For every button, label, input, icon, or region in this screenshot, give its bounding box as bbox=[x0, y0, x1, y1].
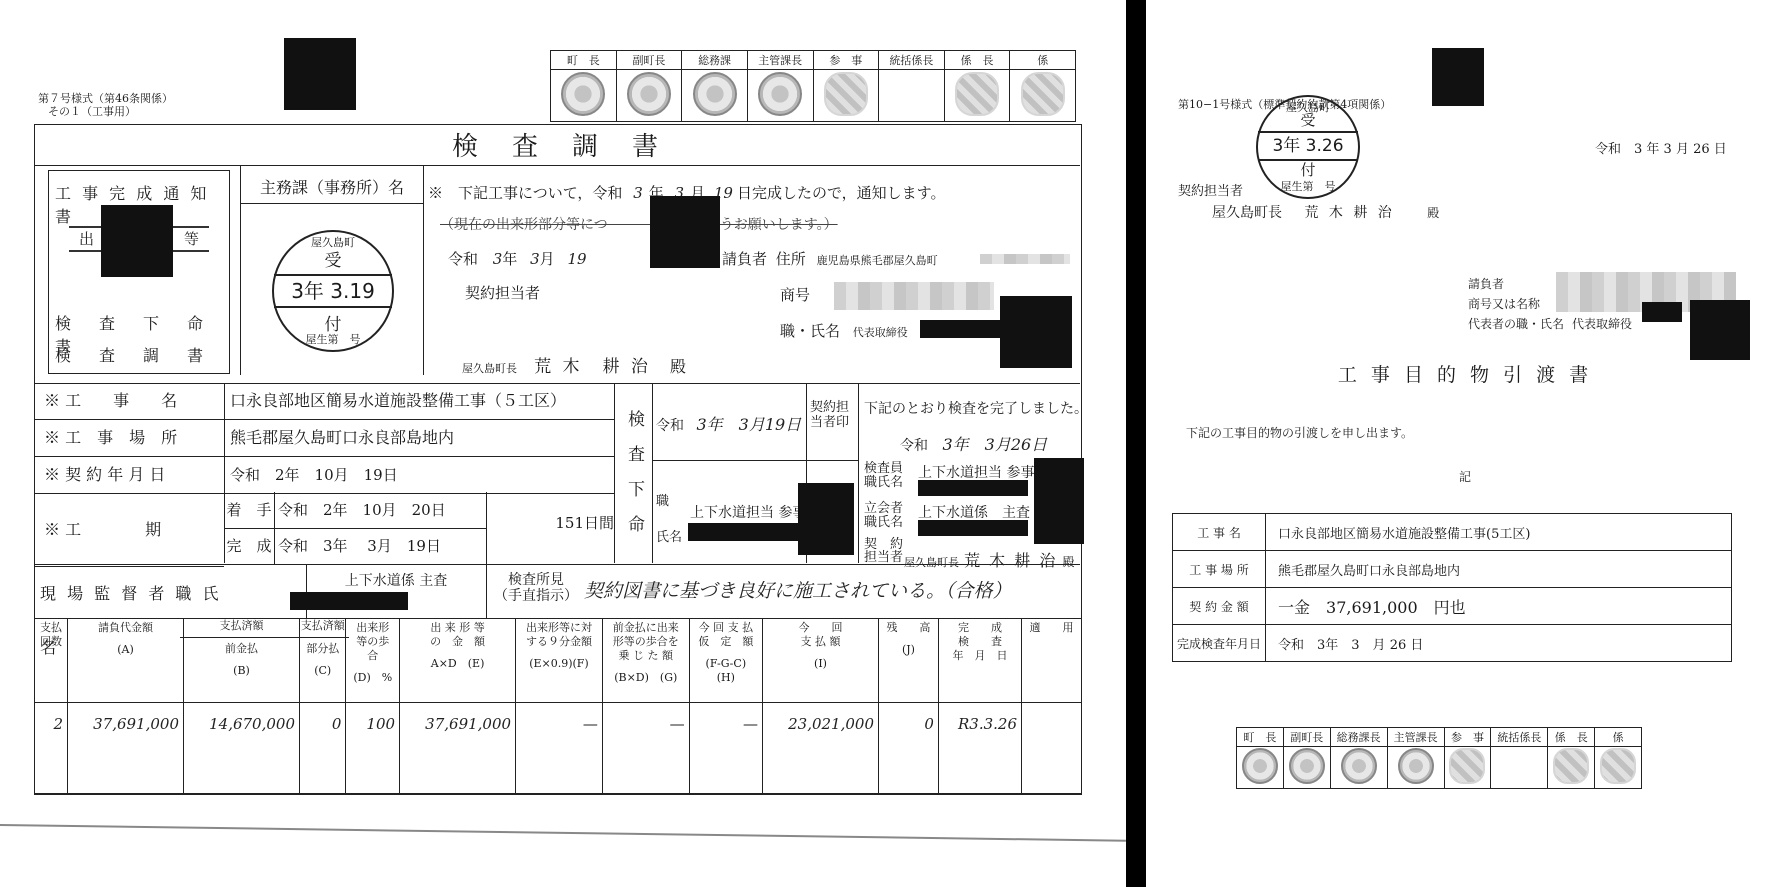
address-value: 鹿児島県熊毛郡屋久島町 bbox=[817, 254, 938, 267]
redaction bbox=[650, 196, 720, 268]
payment-cell: — bbox=[689, 703, 762, 795]
payment-column-header: 出来形 等の歩 合(D) % bbox=[346, 619, 400, 703]
redaction bbox=[284, 38, 356, 110]
approval-header: 統括係長 bbox=[879, 51, 945, 70]
address-label: 住所 bbox=[776, 250, 806, 268]
payment-column-header: 今 回 支 払 仮 定 額(F-G-C) (H) bbox=[689, 619, 762, 703]
redaction bbox=[1690, 300, 1750, 360]
column-code: (B×D) (G) bbox=[605, 671, 687, 685]
findings-label: 検査所見 （手直指示） bbox=[494, 572, 578, 604]
table-row: 契 約 金 額一金 37,691,000 円也 bbox=[1173, 588, 1732, 625]
inspection-order-date: 令和 3年 3月19日 bbox=[656, 412, 801, 435]
work-duration: 151日間 bbox=[490, 512, 614, 533]
approval-header: 参 事 bbox=[1444, 728, 1491, 747]
approval-header: 係 bbox=[1595, 728, 1642, 747]
payment-column-header: 請負代金額(A) bbox=[68, 619, 184, 703]
column-code: (I) bbox=[765, 657, 876, 671]
approval-seal-cell bbox=[1444, 747, 1491, 789]
payment-column-header: 今 回 支 払 額(I) bbox=[763, 619, 879, 703]
order-date-value: 3年 3月19日 bbox=[696, 415, 801, 434]
column-label: 部分払 bbox=[302, 642, 343, 656]
payment-cell: 0 bbox=[879, 703, 939, 795]
divider bbox=[858, 383, 859, 563]
column-code: (B) bbox=[186, 664, 297, 678]
rep-title: 代表取締役 bbox=[1572, 317, 1632, 331]
supervisor-title: 上下水道係 主査 bbox=[306, 570, 486, 590]
document-title: 工 事 目 的 物 引 渡 書 bbox=[1160, 360, 1770, 387]
supervisor-label: 現 場 監 督 者 職 氏 名 bbox=[34, 567, 224, 621]
approval-seal-cell bbox=[813, 70, 879, 122]
notice-date-month: 3 bbox=[530, 250, 540, 268]
approval-seal-icon bbox=[1398, 748, 1434, 784]
redaction bbox=[920, 320, 1000, 338]
approval-header: 総務課長 bbox=[1330, 728, 1387, 747]
addressee-mayor: 屋久島町長 荒 木 耕 治 殿 bbox=[462, 352, 686, 377]
subtype-right: 等 bbox=[184, 228, 199, 249]
inspection-complete-date: 令和 3年 3月26日 bbox=[900, 432, 1047, 455]
column-label: 適 用 bbox=[1024, 621, 1079, 635]
mayor-title: 屋久島町長 bbox=[462, 362, 517, 375]
inspection-order-label: 検査下命 bbox=[622, 410, 647, 550]
column-label: 出 来 形 等 の 金 額 bbox=[402, 621, 513, 649]
honorific: 殿 bbox=[1427, 206, 1439, 220]
divider bbox=[274, 528, 486, 529]
divider bbox=[652, 383, 653, 563]
row-label: 工 事 場 所 bbox=[1173, 551, 1266, 588]
title-value: 代表取締役 bbox=[853, 326, 908, 339]
stamp-bottom: 屋生第 号 bbox=[274, 331, 392, 347]
payment-column-header: 完 成 検 査 年 月 日 bbox=[938, 619, 1021, 703]
column-label: 出来形 等の歩 合 bbox=[348, 621, 397, 663]
contract-date-value: 令和 2年 10月 19日 bbox=[224, 457, 614, 494]
mayor-name: 荒 木 耕 治 bbox=[534, 357, 651, 377]
approval-seal-cell bbox=[1548, 747, 1595, 789]
approval-header: 係 長 bbox=[944, 51, 1010, 70]
document-type-box: 工 事 完 成 通 知 書 出 等 検 査 下 命 書 検 査 調 書 bbox=[48, 170, 230, 374]
payment-cell: 37,691,000 bbox=[68, 703, 184, 795]
approval-seal-cell bbox=[616, 70, 682, 122]
stamp-date: 3年 3.26 bbox=[1258, 131, 1358, 161]
payment-column-header: 支払済額部分払(C) bbox=[300, 619, 346, 703]
redaction bbox=[918, 480, 1028, 496]
approval-seal-cell bbox=[682, 70, 748, 122]
findings-label-line2: （手直指示） bbox=[494, 588, 578, 604]
rep-label: 代表者の職・氏名 bbox=[1468, 317, 1564, 331]
department-label: 主務課（事務所）名 bbox=[241, 165, 423, 204]
approval-seal-icon bbox=[561, 72, 605, 116]
approval-seal-icon bbox=[758, 72, 802, 116]
notice-date-year: 3 bbox=[493, 250, 503, 268]
doc-type-inspection-record: 検 査 調 書 bbox=[55, 343, 209, 366]
work-period-label: ※ 工 期 bbox=[34, 494, 224, 567]
approval-header: 町 長 bbox=[551, 51, 617, 70]
payment-column-header: 前金払に出来 形等の歩合を 乗 じ た 額(B×D) (G) bbox=[602, 619, 689, 703]
approval-seal-cell bbox=[747, 70, 813, 122]
witness-label: 立会者 職氏名 bbox=[864, 502, 903, 530]
column-code: (F-G-C) (H) bbox=[692, 657, 760, 685]
column-label: 請負代金額 bbox=[70, 621, 181, 635]
order-date-era: 令和 bbox=[656, 418, 684, 434]
subtype-left: 出 bbox=[79, 228, 94, 249]
approval-seal-icon bbox=[1600, 748, 1636, 784]
column-code: (E×0.9)(F) bbox=[518, 657, 600, 671]
approval-seal-icon bbox=[1021, 72, 1065, 116]
finish-date: 令和 3年 3月 19日 bbox=[278, 528, 441, 564]
form-number: 第７号様式（第46条関係） その１（工事用） bbox=[38, 92, 173, 118]
approval-seal-icon bbox=[1289, 748, 1325, 784]
payment-column-header: 出来形等に対 する９分金額(E×0.9)(F) bbox=[516, 619, 603, 703]
post-label: 職 bbox=[656, 490, 669, 509]
approval-header: 係 bbox=[1010, 51, 1076, 70]
work-period-block: 着 手 令和 2年 10月 20日 完 成 令和 3年 3月 19日 bbox=[224, 492, 486, 564]
approval-header: 係 長 bbox=[1548, 728, 1595, 747]
struck-partial-notice: （現在の出来形部分等につ ださるようお願いします。） bbox=[440, 214, 838, 234]
stamp-date: 3年 3.19 bbox=[274, 274, 392, 308]
approval-header: 総務課 bbox=[682, 51, 748, 70]
honorific: 殿 bbox=[670, 357, 686, 376]
receipt-date-stamp: 屋久島町 受 3年 3.19 付 屋生第 号 bbox=[272, 230, 394, 352]
blurred-address bbox=[980, 254, 1070, 264]
redaction bbox=[1642, 302, 1682, 322]
payment-cell: R3.3.26 bbox=[938, 703, 1021, 795]
notice-date: 令和 3年 3月 19 bbox=[448, 248, 587, 269]
approval-seal-icon bbox=[627, 72, 671, 116]
payment-cell: — bbox=[516, 703, 603, 795]
officer-title: 屋久島町長 bbox=[904, 556, 959, 569]
inspector-label: 検査員 職氏名 bbox=[864, 462, 903, 490]
handover-date: 令和 3 年 3 月 26 日 bbox=[1595, 138, 1727, 157]
approval-seal-cell bbox=[1595, 747, 1642, 789]
payment-cell: — bbox=[602, 703, 689, 795]
approval-header: 副町長 bbox=[1283, 728, 1330, 747]
column-group-label: 支払済額 bbox=[296, 619, 349, 638]
row-value: 口永良部地区簡易水道施設整備工事(5工区) bbox=[1266, 514, 1732, 551]
addressee-name: 荒 木 耕 治 bbox=[1304, 205, 1394, 221]
column-label: 今 回 支 払 仮 定 額 bbox=[692, 621, 760, 649]
inspection-complete-message: 下記のとおり検査を完了しました。 bbox=[864, 398, 1088, 418]
notice-year: 3 bbox=[633, 184, 643, 202]
approval-seal-icon bbox=[1341, 748, 1377, 784]
notice-prefix: ※ 下記工事について，令和 bbox=[428, 184, 622, 202]
trade-name-label: 商号 bbox=[780, 284, 810, 305]
addressee-title: 屋久島町長 bbox=[1212, 205, 1282, 221]
column-code: (J) bbox=[881, 643, 936, 657]
approval-seal-cell bbox=[1491, 747, 1548, 789]
stamp-mark: 受 bbox=[1258, 109, 1358, 130]
officer-name: 荒 木 耕 治 bbox=[964, 551, 1057, 570]
result-date-era: 令和 bbox=[900, 438, 928, 454]
payment-column-header: 適 用 bbox=[1022, 619, 1082, 703]
blurred-trade-name bbox=[834, 282, 994, 310]
approval-seal-cell bbox=[1330, 747, 1387, 789]
handover-details-table: 工 事 名口永良部地区簡易水道施設整備工事(5工区)工 事 場 所熊毛郡屋久島町… bbox=[1172, 513, 1732, 662]
payment-column-header: 残 高(J) bbox=[879, 619, 939, 703]
payment-cell: 100 bbox=[346, 703, 400, 795]
row-label: 完成検査年月日 bbox=[1173, 625, 1266, 662]
payment-column-header: 出 来 形 等 の 金 額A×D (E) bbox=[400, 619, 516, 703]
contractor-address: 請負者 住所 鹿児島県熊毛郡屋久島町 bbox=[722, 248, 938, 269]
payment-table: 支払 回数請負代金額(A)支払済額前金払(B)支払済額部分払(C)出来形 等の歩… bbox=[34, 618, 1082, 795]
contractor-label: 請負者 bbox=[722, 250, 767, 268]
payment-cell bbox=[1022, 703, 1082, 795]
approval-header: 主管課長 bbox=[1387, 728, 1444, 747]
table-row: 工 事 場 所熊毛郡屋久島町口永良部島地内 bbox=[1173, 551, 1732, 588]
addressee-label: 契約担当者 bbox=[1178, 180, 1243, 199]
divider bbox=[486, 492, 487, 564]
column-code: (D) % bbox=[348, 671, 397, 685]
row-value: 令和 3年 3 月 26 日 bbox=[1266, 625, 1732, 662]
approval-stamp-table: 町 長副町長総務課長主管課長参 事統括係長係 長係 bbox=[1236, 727, 1642, 789]
approval-header: 統括係長 bbox=[1491, 728, 1548, 747]
column-label: 支払 回数 bbox=[37, 621, 65, 649]
divider bbox=[614, 383, 615, 563]
table-row: 工 事 名口永良部地区簡易水道施設整備工事(5工区) bbox=[1173, 514, 1732, 551]
ki-label: 記 bbox=[1160, 468, 1770, 485]
notice-date-era: 令和 bbox=[448, 250, 478, 268]
notice-suffix: 日完成したので，通知します。 bbox=[737, 184, 946, 202]
divider bbox=[486, 564, 487, 618]
row-value: 一金 37,691,000 円也 bbox=[1266, 588, 1732, 625]
finish-label: 完 成 bbox=[224, 528, 275, 564]
approval-header: 副町長 bbox=[616, 51, 682, 70]
findings-label-line1: 検査所見 bbox=[494, 572, 578, 588]
page-separator bbox=[1126, 0, 1146, 887]
stamp-mark: 受 bbox=[274, 246, 392, 271]
start-date: 令和 2年 10月 20日 bbox=[278, 492, 446, 528]
name-label: 氏名 bbox=[656, 526, 682, 545]
row-label: 工 事 名 bbox=[1173, 514, 1266, 551]
approval-seal-icon bbox=[1449, 748, 1485, 784]
approval-header: 町 長 bbox=[1237, 728, 1284, 747]
work-info-labels: ※ 工 事 名 ※ 工 事 場 所 ※ 契 約 年 月 日 ※ 工 期 現 場 … bbox=[34, 383, 224, 621]
column-label: 完 成 検 査 年 月 日 bbox=[941, 621, 1019, 663]
title-name-label: 職・氏名 bbox=[780, 322, 840, 340]
approval-header: 主管課長 bbox=[747, 51, 813, 70]
approval-seal-icon bbox=[1242, 748, 1278, 784]
redaction bbox=[918, 520, 1028, 536]
approval-seal-icon bbox=[824, 72, 868, 116]
witness-title: 上下水道係 主査 bbox=[918, 502, 1030, 522]
approval-stamp-table: 町 長副町長総務課主管課長参 事統括係長係 長係 bbox=[550, 50, 1076, 122]
approval-seal-cell bbox=[879, 70, 945, 122]
work-info-values: 口永良部地区簡易水道施設整備工事（５工区） 熊毛郡屋久島町口永良部島地内 令和 … bbox=[224, 383, 614, 494]
document-title: 検 査 調 書 bbox=[34, 126, 1080, 163]
stamp-bottom-mark: 付 bbox=[1258, 159, 1358, 180]
redaction bbox=[798, 483, 854, 555]
payment-column-header: 支払済額前金払(B) bbox=[184, 619, 300, 703]
title-name-row: 職・氏名 代表取締役 bbox=[780, 320, 908, 341]
work-place-value: 熊毛郡屋久島町口永良部島地内 bbox=[224, 420, 614, 457]
payment-cell: 2 bbox=[35, 703, 68, 795]
payment-cell: 14,670,000 bbox=[184, 703, 300, 795]
approval-seal-cell bbox=[1387, 747, 1444, 789]
approval-seal-cell bbox=[551, 70, 617, 122]
inspection-findings: 契約図書に基づき良好に施工されている。（合格） bbox=[584, 576, 1012, 603]
approval-seal-cell bbox=[1010, 70, 1076, 122]
form-number-line2: その１（工事用） bbox=[38, 105, 173, 118]
start-label: 着 手 bbox=[224, 492, 275, 529]
approval-seal-icon bbox=[1553, 748, 1589, 784]
column-label: 前金払 bbox=[186, 642, 297, 656]
column-code: A×D (E) bbox=[402, 657, 513, 671]
contract-officer-label: 契約担当者 bbox=[465, 282, 540, 303]
redaction bbox=[688, 523, 808, 541]
redaction bbox=[290, 592, 408, 610]
divider bbox=[34, 564, 1080, 565]
redaction bbox=[101, 205, 173, 277]
honorific: 殿 bbox=[1062, 555, 1074, 569]
divider bbox=[652, 460, 858, 461]
column-label: 今 回 支 払 額 bbox=[765, 621, 876, 649]
work-name-value: 口永良部地区簡易水道施設整備工事（５工区） bbox=[224, 383, 614, 420]
form-number-line1: 第７号様式（第46条関係） bbox=[38, 92, 173, 105]
row-value: 熊毛郡屋久島町口永良部島地内 bbox=[1266, 551, 1732, 588]
officer-name-row: 屋久島町長 荒 木 耕 治 殿 bbox=[904, 548, 1074, 571]
column-label: 出来形等に対 する９分金額 bbox=[518, 621, 600, 649]
approval-header: 参 事 bbox=[813, 51, 879, 70]
row-label: 契 約 金 額 bbox=[1173, 588, 1266, 625]
approval-seal-cell bbox=[944, 70, 1010, 122]
payment-cell: 23,021,000 bbox=[763, 703, 879, 795]
payment-cell: 0 bbox=[300, 703, 346, 795]
result-date-value: 3年 3月26日 bbox=[942, 435, 1047, 454]
stamp-bottom: 屋生第 号 bbox=[1258, 178, 1358, 194]
inspector-title: 上下水道担当 参事 bbox=[918, 462, 1034, 482]
table-row: 完成検査年月日令和 3年 3 月 26 日 bbox=[1173, 625, 1732, 662]
payment-column-header: 支払 回数 bbox=[35, 619, 68, 703]
work-name-label: ※ 工 事 名 bbox=[34, 383, 224, 420]
approval-seal-cell bbox=[1237, 747, 1284, 789]
column-label: 残 高 bbox=[881, 621, 936, 635]
divider bbox=[34, 165, 1080, 166]
intro-text: 下記の工事目的物の引渡しを申し出ます。 bbox=[1186, 424, 1413, 441]
redaction bbox=[1000, 296, 1072, 368]
addressee-row: 屋久島町長 荒 木 耕 治 殿 bbox=[1212, 202, 1439, 222]
post-value: 上下水道担当 参事 bbox=[690, 502, 806, 522]
approval-seal-cell bbox=[1283, 747, 1330, 789]
officer-label: 契 約 担当者 bbox=[864, 538, 903, 564]
column-label: 前金払に出来 形等の歩合を 乗 じ た 額 bbox=[605, 621, 687, 663]
contract-officer-seal-label: 契約担当者印 bbox=[810, 400, 854, 430]
column-code: (A) bbox=[70, 643, 181, 657]
work-place-label: ※ 工 事 場 所 bbox=[34, 420, 224, 457]
scan-edge-line bbox=[0, 824, 1126, 842]
notice-date-day: 19 bbox=[567, 250, 586, 268]
receipt-date-stamp: 屋久島町 受 3年 3.26 付 屋生第 号 bbox=[1256, 95, 1360, 199]
approval-seal-icon bbox=[955, 72, 999, 116]
column-code: (C) bbox=[302, 664, 343, 678]
approval-seal-icon bbox=[693, 72, 737, 116]
column-group-label: 支払済額 bbox=[180, 619, 303, 638]
redaction bbox=[1432, 48, 1484, 106]
payment-cell: 37,691,000 bbox=[400, 703, 516, 795]
contract-date-label: ※ 契 約 年 月 日 bbox=[34, 457, 224, 494]
redaction bbox=[1034, 458, 1084, 544]
